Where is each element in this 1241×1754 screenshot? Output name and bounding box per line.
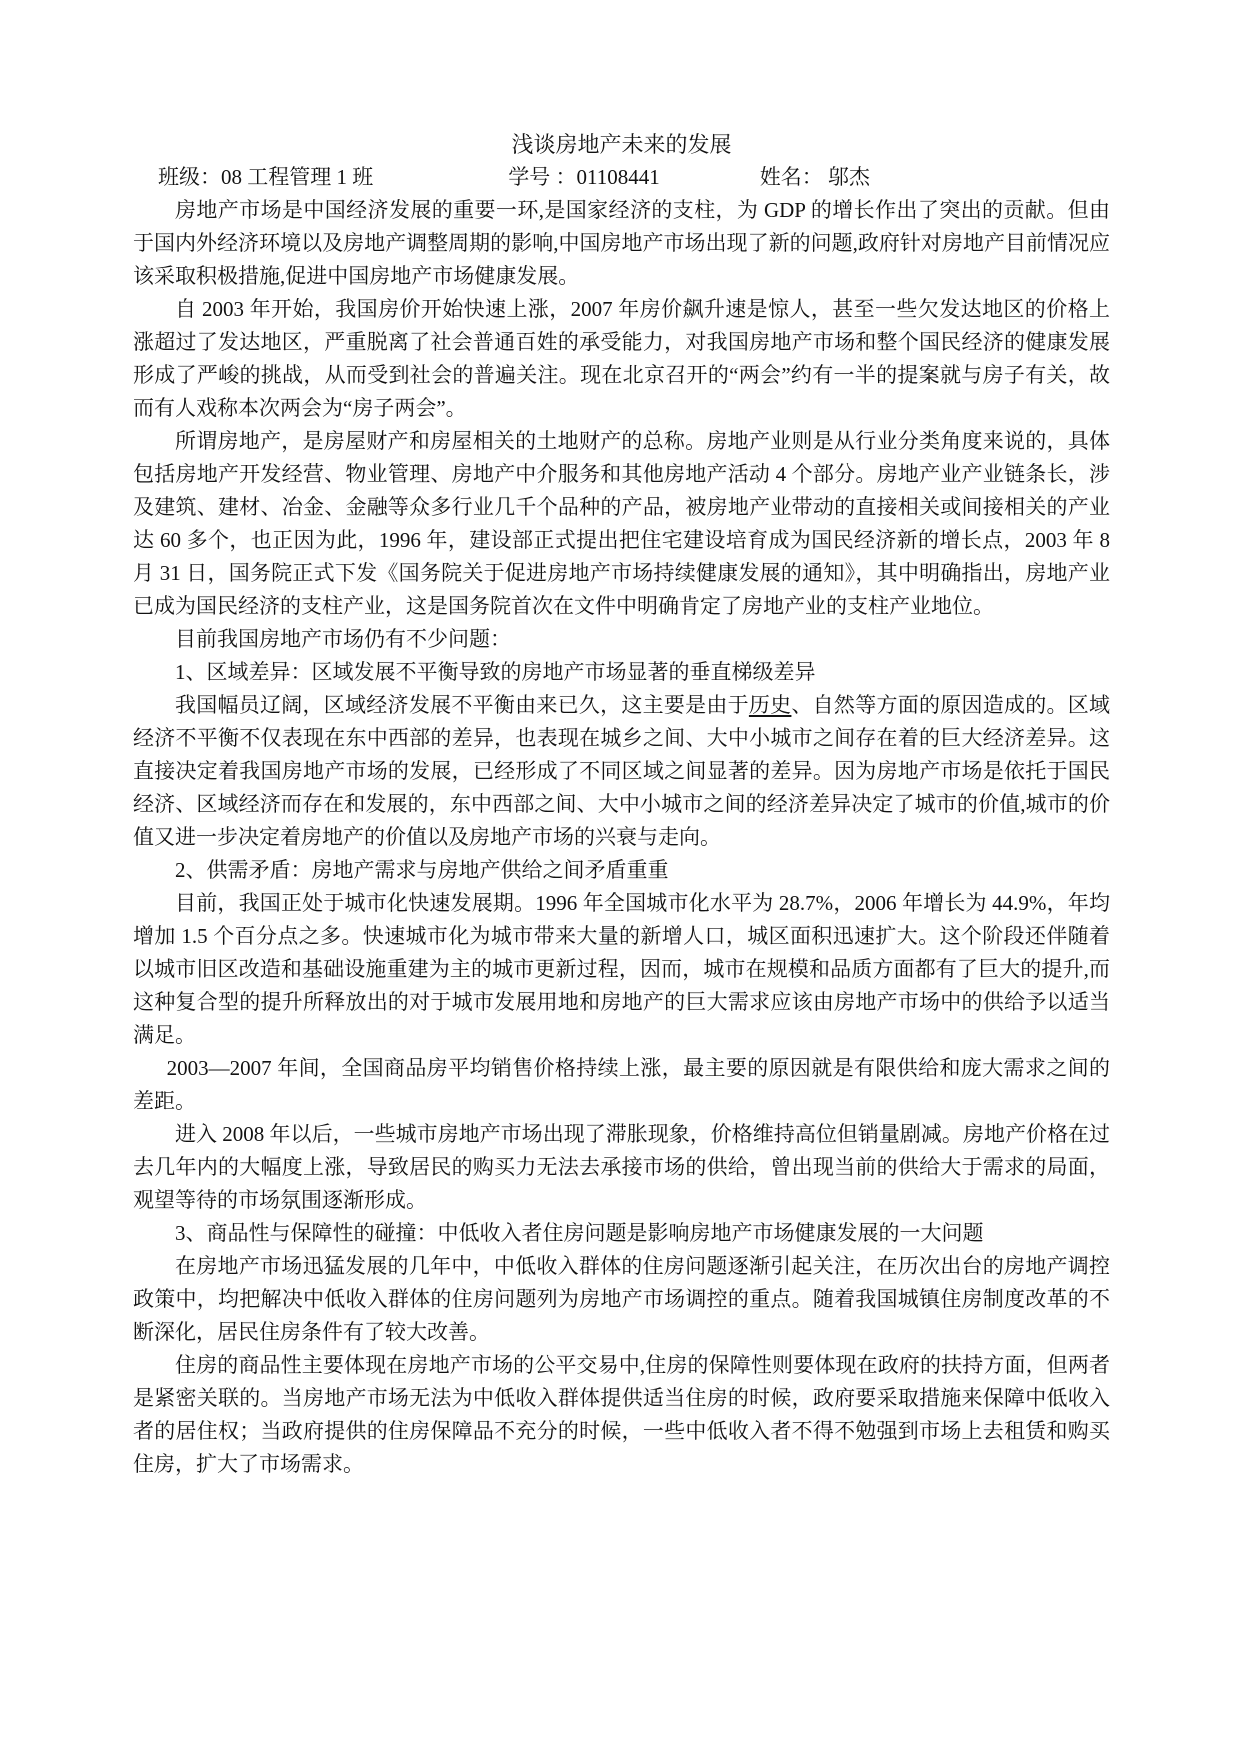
paragraph-price-rise: 自 2003 年开始，我国房价开始快速上涨，2007 年房价飙升速是惊人，甚至一… xyxy=(133,293,1110,425)
name-field: 姓名： 邬杰 xyxy=(760,161,870,194)
heading-problem-1: 1、区域差异：区域发展不平衡导致的房地产市场显著的垂直梯级差异 xyxy=(133,656,1110,689)
document-body: 房地产市场是中国经济发展的重要一环,是国家经济的支柱，为 GDP 的增长作出了突… xyxy=(133,194,1110,1481)
paragraph-urbanization: 目前，我国正处于城市化快速发展期。1996 年全国城市化水平为 28.7%，20… xyxy=(133,887,1110,1052)
paragraph-definition: 所谓房地产，是房屋财产和房屋相关的土地财产的总称。房地产业则是从行业分类角度来说… xyxy=(133,425,1110,623)
text-segment-pre: 我国幅员辽阔，区域经济发展不平衡由来已久，这主要是由于 xyxy=(175,693,749,717)
paragraph-intro: 房地产市场是中国经济发展的重要一环,是国家经济的支柱，为 GDP 的增长作出了突… xyxy=(133,194,1110,293)
student-id-field: 学号 ：01108441 xyxy=(508,161,659,194)
document-title: 浅谈房地产未来的发展 xyxy=(133,128,1110,161)
paragraph-problems-lead: 目前我国房地产市场仍有不少问题： xyxy=(133,623,1110,656)
heading-problem-3: 3、商品性与保障性的碰撞：中低收入者住房问题是影响房地产市场健康发展的一大问题 xyxy=(133,1217,1110,1250)
underlined-text: 历史 xyxy=(749,693,792,717)
paragraph-low-income-housing: 在房地产市场迅猛发展的几年中，中低收入群体的住房问题逐渐引起关注，在历次出台的房… xyxy=(133,1250,1110,1349)
paragraph-regional-difference: 我国幅员辽阔，区域经济发展不平衡由来已久，这主要是由于历史、自然等方面的原因造成… xyxy=(133,689,1110,854)
meta-row: 班级：08 工程管理 1 班 学号 ：01108441 姓名： 邬杰 xyxy=(133,161,1110,194)
paragraph-commodity-vs-security: 住房的商品性主要体现在房地产市场的公平交易中,住房的保障性则要体现在政府的扶持方… xyxy=(133,1349,1110,1481)
paragraph-2003-2007: 2003—2007 年间，全国商品房平均销售价格持续上涨，最主要的原因就是有限供… xyxy=(133,1052,1110,1118)
paragraph-2008-stagnation: 进入 2008 年以后，一些城市房地产市场出现了滞胀现象，价格维持高位但销量剧减… xyxy=(133,1118,1110,1217)
class-field: 班级：08 工程管理 1 班 xyxy=(158,161,373,194)
document-page: 浅谈房地产未来的发展 班级：08 工程管理 1 班 学号 ：01108441 姓… xyxy=(0,0,1241,1754)
heading-problem-2: 2、供需矛盾：房地产需求与房地产供给之间矛盾重重 xyxy=(133,854,1110,887)
